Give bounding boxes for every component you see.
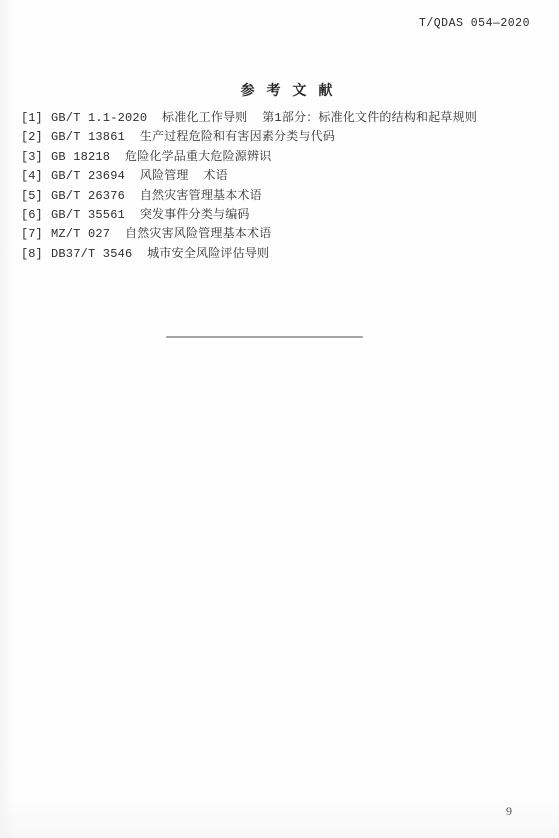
reference-text: GB 18218 危险化学品重大危险源辨识 bbox=[51, 148, 271, 167]
reference-text: GB/T 35561 突发事件分类与编码 bbox=[51, 206, 250, 225]
reference-item: [8] DB37/T 3546 城市安全风险评估导则 bbox=[21, 245, 539, 264]
reference-number: [3] bbox=[21, 148, 51, 167]
reference-number: [8] bbox=[21, 245, 51, 264]
reference-text: DB37/T 3546 城市安全风险评估导则 bbox=[51, 245, 269, 264]
reference-list: [1] GB/T 1.1-2020 标准化工作导则 第1部分：标准化文件的结构和… bbox=[21, 109, 539, 264]
reference-text: GB/T 1.1-2020 标准化工作导则 第1部分：标准化文件的结构和起草规则 bbox=[51, 109, 477, 128]
reference-number: [1] bbox=[21, 109, 51, 128]
reference-number: [2] bbox=[21, 128, 51, 147]
reference-item: [2] GB/T 13861 生产过程危险和有害因素分类与代码 bbox=[21, 128, 539, 147]
reference-item: [3] GB 18218 危险化学品重大危险源辨识 bbox=[21, 148, 539, 167]
section-title: 参 考 文 献 bbox=[0, 80, 559, 100]
scan-artifact-bottom bbox=[0, 798, 559, 838]
reference-text: GB/T 23694 风险管理 术语 bbox=[51, 167, 228, 186]
reference-text: MZ/T 027 自然灾害风险管理基本术语 bbox=[51, 225, 271, 244]
reference-item: [4] GB/T 23694 风险管理 术语 bbox=[21, 167, 539, 186]
reference-item: [1] GB/T 1.1-2020 标准化工作导则 第1部分：标准化文件的结构和… bbox=[21, 109, 539, 128]
reference-number: [4] bbox=[21, 167, 51, 186]
scan-artifact-left bbox=[0, 0, 14, 838]
reference-number: [7] bbox=[21, 225, 51, 244]
divider-line bbox=[166, 336, 363, 338]
page-number: 9 bbox=[506, 804, 512, 819]
reference-item: [5] GB/T 26376 自然灾害管理基本术语 bbox=[21, 187, 539, 206]
document-page: T/QDAS 054—2020 参 考 文 献 [1] GB/T 1.1-202… bbox=[0, 0, 559, 838]
reference-text: GB/T 26376 自然灾害管理基本术语 bbox=[51, 187, 262, 206]
standard-code: T/QDAS 054—2020 bbox=[419, 17, 530, 30]
reference-item: [7] MZ/T 027 自然灾害风险管理基本术语 bbox=[21, 225, 539, 244]
reference-number: [6] bbox=[21, 206, 51, 225]
reference-text: GB/T 13861 生产过程危险和有害因素分类与代码 bbox=[51, 128, 335, 147]
reference-item: [6] GB/T 35561 突发事件分类与编码 bbox=[21, 206, 539, 225]
reference-number: [5] bbox=[21, 187, 51, 206]
